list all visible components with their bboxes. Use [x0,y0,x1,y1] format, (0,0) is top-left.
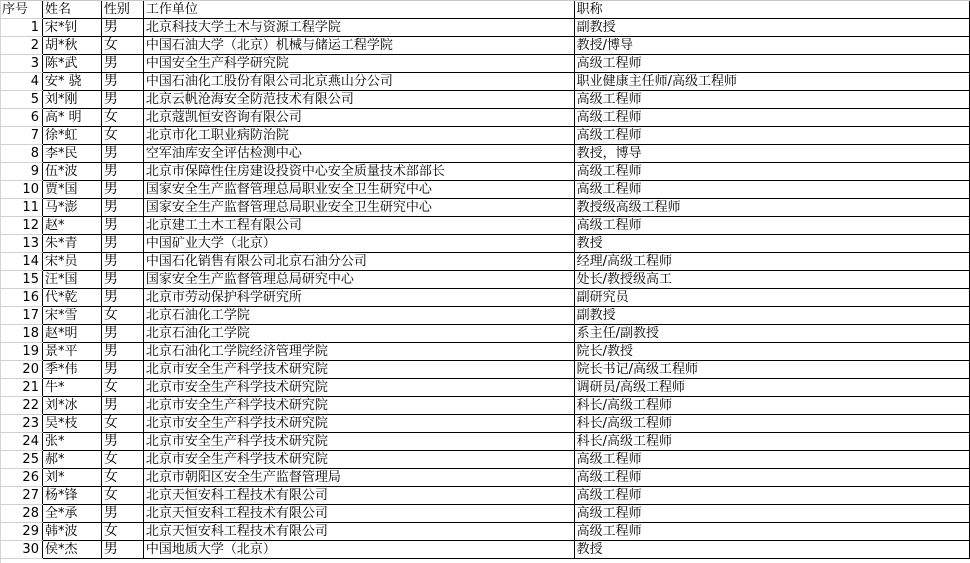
cell-org[interactable]: 中国矿业大学（北京） [143,235,574,253]
cell-title[interactable]: 高级工程师 [574,487,969,505]
cell-org[interactable]: 中国安全生产科学研究院 [143,55,574,73]
cell-name[interactable]: 季*伟 [42,361,101,379]
table-row: 4安* 骁男中国石油化工股份有限公司北京燕山分公司职业健康主任师/高级工程师 [0,73,970,91]
cell-name[interactable]: 全*承 [42,505,101,523]
cell-no[interactable]: 14 [0,253,42,271]
cell-org[interactable]: 北京市安全生产科学技术研究院 [143,415,574,433]
cell-org[interactable]: 北京建工土木工程有限公司 [143,217,574,235]
cell-sex[interactable]: 男 [101,181,143,199]
cell-name[interactable]: 宋*员 [42,253,101,271]
table-row: 28全*承男北京天恒安科工程技术有限公司高级工程师 [0,505,970,523]
cell-org[interactable]: 北京天恒安科工程技术有限公司 [143,487,574,505]
table-row: 23吴*枝女北京市安全生产科学技术研究院科长/高级工程师 [0,415,970,433]
cell-sex[interactable]: 男 [101,145,143,163]
cell-org[interactable]: 北京天恒安科工程技术有限公司 [143,523,574,541]
cell-title[interactable]: 高级工程师 [574,505,969,523]
cell-sex[interactable]: 女 [101,487,143,505]
table-row: 15汪*国男国家安全生产监督管理总局研究中心处长/教授级高工 [0,271,970,289]
table-row: 3陈*武男中国安全生产科学研究院高级工程师 [0,55,970,73]
cell-no[interactable]: 4 [0,73,42,91]
cell-sex[interactable]: 男 [101,19,143,37]
cell-sex[interactable]: 男 [101,397,143,415]
cell-no[interactable]: 16 [0,289,42,307]
cell-title[interactable]: 科长/高级工程师 [574,415,969,433]
cell-sex[interactable]: 男 [101,289,143,307]
table-row: 7徐*虹女北京市化工职业病防治院高级工程师 [0,127,970,145]
cell-sex[interactable]: 女 [101,127,143,145]
cell-no[interactable]: 25 [0,451,42,469]
table-row: 11马*澎男国家安全生产监督管理总局职业安全卫生研究中心教授级高级工程师 [0,199,970,217]
cell-sex[interactable]: 女 [101,469,143,487]
cell-org[interactable]: 北京蔻凯恒安咨询有限公司 [143,109,574,127]
cell-org[interactable]: 空军油库安全评估检测中心 [143,145,574,163]
header-cell-name[interactable]: 姓名 [42,1,101,19]
cell-name[interactable]: 刘*刚 [42,91,101,109]
cell-title[interactable]: 高级工程师 [574,181,969,199]
table-row: 6高* 明女北京蔻凯恒安咨询有限公司高级工程师 [0,109,970,127]
cell-sex[interactable]: 男 [101,325,143,343]
cell-sex[interactable]: 男 [101,505,143,523]
cell-name[interactable]: 汪*国 [42,271,101,289]
cell-no[interactable]: 21 [0,379,42,397]
cell-org[interactable]: 北京市安全生产科学技术研究院 [143,361,574,379]
cell-name[interactable]: 赵*明 [42,325,101,343]
cell-org[interactable]: 北京市劳动保护科学研究所 [143,289,574,307]
cell-name[interactable]: 宋*钊 [42,19,101,37]
cell-no[interactable]: 6 [0,109,42,127]
cell-org[interactable]: 北京市朝阳区安全生产监督管理局 [143,469,574,487]
cell-org[interactable]: 国家安全生产监督管理总局研究中心 [143,271,574,289]
cell-title[interactable]: 处长/教授级高工 [574,271,969,289]
table-row: 14宋*员男中国石化销售有限公司北京石油分公司经理/高级工程师 [0,253,970,271]
cell-org[interactable]: 北京石油化工学院 [143,325,574,343]
cell-name[interactable]: 牛* [42,379,101,397]
cell-title[interactable]: 院长/教授 [574,343,969,361]
cell-title[interactable]: 副教授 [574,19,969,37]
cell-sex[interactable]: 男 [101,433,143,451]
cell-name[interactable]: 贾*国 [42,181,101,199]
cell-sex[interactable]: 女 [101,307,143,325]
cell-title[interactable]: 副研究员 [574,289,969,307]
cell-org[interactable]: 北京石油化工学院经济管理学院 [143,343,574,361]
cell-title[interactable]: 教授级高级工程师 [574,199,969,217]
cell-no[interactable]: 30 [0,541,42,559]
cell-no[interactable]: 26 [0,469,42,487]
cell-sex[interactable]: 女 [101,523,143,541]
cell-title[interactable]: 职业健康主任师/高级工程师 [574,73,969,91]
table-row: 27杨*锋女北京天恒安科工程技术有限公司高级工程师 [0,487,970,505]
cell-no[interactable]: 28 [0,505,42,523]
cell-name[interactable]: 徐*虹 [42,127,101,145]
cell-no[interactable]: 18 [0,325,42,343]
table-row: 20季*伟男北京市安全生产科学技术研究院院长书记/高级工程师 [0,361,970,379]
cell-title[interactable]: 院长书记/高级工程师 [574,361,969,379]
header-cell-org[interactable]: 工作单位 [143,1,574,19]
cell-title[interactable]: 调研员/高级工程师 [574,379,969,397]
cell-title[interactable]: 教授/博导 [574,37,969,55]
table-row: 13朱*青男中国矿业大学（北京）教授 [0,235,970,253]
cell-name[interactable]: 朱*青 [42,235,101,253]
cell-title[interactable]: 经理/高级工程师 [574,253,969,271]
cell-title[interactable]: 科长/高级工程师 [574,433,969,451]
cell-title[interactable]: 高级工程师 [574,91,969,109]
cell-name[interactable]: 代*乾 [42,289,101,307]
cell-org[interactable]: 北京科技大学土木与资源工程学院 [143,19,574,37]
cell-title[interactable]: 高级工程师 [574,469,969,487]
table-row: 29韩*波女北京天恒安科工程技术有限公司高级工程师 [0,523,970,541]
cell-org[interactable]: 北京市安全生产科学技术研究院 [143,433,574,451]
cell-no[interactable]: 8 [0,145,42,163]
table-row: 5刘*刚男北京云帆沧海安全防范技术有限公司高级工程师 [0,91,970,109]
header-cell-sex[interactable]: 性别 [101,1,143,19]
cell-name[interactable]: 安* 骁 [42,73,101,91]
cell-org[interactable]: 北京天恒安科工程技术有限公司 [143,505,574,523]
cell-title[interactable]: 高级工程师 [574,55,969,73]
cell-no[interactable]: 3 [0,55,42,73]
cell-name[interactable]: 刘*冰 [42,397,101,415]
cell-title[interactable]: 教授 [574,541,969,559]
cell-no[interactable]: 1 [0,19,42,37]
cell-org[interactable]: 北京市安全生产科学技术研究院 [143,379,574,397]
cell-title[interactable]: 高级工程师 [574,127,969,145]
cell-no[interactable]: 29 [0,523,42,541]
cell-name[interactable]: 杨*锋 [42,487,101,505]
cell-sex[interactable]: 女 [101,109,143,127]
cell-no[interactable]: 15 [0,271,42,289]
cell-title[interactable]: 高级工程师 [574,451,969,469]
cell-no[interactable]: 22 [0,397,42,415]
table-row: 10贾*国男国家安全生产监督管理总局职业安全卫生研究中心高级工程师 [0,181,970,199]
table-row: 8李*民男空军油库安全评估检测中心教授，博导 [0,145,970,163]
cell-org[interactable]: 北京云帆沧海安全防范技术有限公司 [143,91,574,109]
cell-title[interactable]: 科长/高级工程师 [574,397,969,415]
cell-title[interactable]: 高级工程师 [574,523,969,541]
experts-table: 序号 姓名 性别 工作单位 职称 1宋*钊男北京科技大学土木与资源工程学院副教授… [0,1,970,559]
cell-sex[interactable]: 女 [101,415,143,433]
cell-no[interactable]: 11 [0,199,42,217]
table-row: 16代*乾男北京市劳动保护科学研究所副研究员 [0,289,970,307]
cell-title[interactable]: 高级工程师 [574,217,969,235]
cell-title[interactable]: 副教授 [574,307,969,325]
cell-org[interactable]: 中国石油大学（北京）机械与储运工程学院 [143,37,574,55]
cell-org[interactable]: 北京石油化工学院 [143,307,574,325]
table-row: 30侯*杰男中国地质大学（北京）教授 [0,541,970,559]
cell-no[interactable]: 9 [0,163,42,181]
cell-no[interactable]: 20 [0,361,42,379]
cell-no[interactable]: 19 [0,343,42,361]
cell-org[interactable]: 中国地质大学（北京） [143,541,574,559]
cell-sex[interactable]: 男 [101,343,143,361]
cell-no[interactable]: 10 [0,181,42,199]
cell-title[interactable]: 高级工程师 [574,163,969,181]
table-row: 21牛*女北京市安全生产科学技术研究院调研员/高级工程师 [0,379,970,397]
cell-name[interactable]: 韩*波 [42,523,101,541]
cell-no[interactable]: 24 [0,433,42,451]
cell-sex[interactable]: 女 [101,37,143,55]
cell-org[interactable]: 国家安全生产监督管理总局职业安全卫生研究中心 [143,181,574,199]
cell-sex[interactable]: 男 [101,217,143,235]
cell-sex[interactable]: 男 [101,73,143,91]
table-row: 12赵*男北京建工土木工程有限公司高级工程师 [0,217,970,235]
cell-sex[interactable]: 男 [101,541,143,559]
cell-no[interactable]: 7 [0,127,42,145]
table-row: 2胡*秋女中国石油大学（北京）机械与储运工程学院教授/博导 [0,37,970,55]
cell-sex[interactable]: 男 [101,235,143,253]
cell-org[interactable]: 北京市安全生产科学技术研究院 [143,397,574,415]
cell-org[interactable]: 中国石油化工股份有限公司北京燕山分公司 [143,73,574,91]
cell-name[interactable]: 赵* [42,217,101,235]
header-cell-no[interactable]: 序号 [0,1,42,19]
table-row: 19景*平男北京石油化工学院经济管理学院院长/教授 [0,343,970,361]
table-row: 1宋*钊男北京科技大学土木与资源工程学院副教授 [0,19,970,37]
cell-sex[interactable]: 男 [101,271,143,289]
cell-org[interactable]: 北京市保障性住房建设投资中心安全质量技术部部长 [143,163,574,181]
cell-sex[interactable]: 女 [101,451,143,469]
cell-sex[interactable]: 男 [101,199,143,217]
table-row: 22刘*冰男北京市安全生产科学技术研究院科长/高级工程师 [0,397,970,415]
cell-name[interactable]: 胡*秋 [42,37,101,55]
cell-sex[interactable]: 男 [101,361,143,379]
table-row: 9伍*波男北京市保障性住房建设投资中心安全质量技术部部长高级工程师 [0,163,970,181]
cell-sex[interactable]: 男 [101,253,143,271]
table-row: 24张*男北京市安全生产科学技术研究院科长/高级工程师 [0,433,970,451]
cell-title[interactable]: 教授 [574,235,969,253]
cell-name[interactable]: 陈*武 [42,55,101,73]
cell-no[interactable]: 2 [0,37,42,55]
cell-name[interactable]: 伍*波 [42,163,101,181]
table-row: 26刘*女北京市朝阳区安全生产监督管理局高级工程师 [0,469,970,487]
table-row: 18赵*明男北京石油化工学院系主任/副教授 [0,325,970,343]
cell-title[interactable]: 系主任/副教授 [574,325,969,343]
cell-org[interactable]: 国家安全生产监督管理总局职业安全卫生研究中心 [143,199,574,217]
cell-sex[interactable]: 男 [101,91,143,109]
header-cell-title[interactable]: 职称 [574,1,969,19]
cell-title[interactable]: 高级工程师 [574,109,969,127]
cell-no[interactable]: 27 [0,487,42,505]
cell-name[interactable]: 侯*杰 [42,541,101,559]
cell-org[interactable]: 北京市安全生产科学技术研究院 [143,451,574,469]
cell-no[interactable]: 12 [0,217,42,235]
cell-name[interactable]: 张* [42,433,101,451]
cell-no[interactable]: 23 [0,415,42,433]
cell-name[interactable]: 高* 明 [42,109,101,127]
cell-name[interactable]: 宋*雪 [42,307,101,325]
cell-sex[interactable]: 男 [101,163,143,181]
cell-name[interactable]: 吴*枝 [42,415,101,433]
cell-name[interactable]: 马*澎 [42,199,101,217]
cell-title[interactable]: 教授，博导 [574,145,969,163]
cell-name[interactable]: 郝* [42,451,101,469]
table-row: 25郝*女北京市安全生产科学技术研究院高级工程师 [0,451,970,469]
cell-org[interactable]: 中国石化销售有限公司北京石油分公司 [143,253,574,271]
cell-no[interactable]: 17 [0,307,42,325]
cell-no[interactable]: 13 [0,235,42,253]
cell-no[interactable]: 5 [0,91,42,109]
cell-sex[interactable]: 男 [101,55,143,73]
cell-name[interactable]: 李*民 [42,145,101,163]
header-row: 序号 姓名 性别 工作单位 职称 [0,1,970,19]
cell-org[interactable]: 北京市化工职业病防治院 [143,127,574,145]
spreadsheet-grid: 序号 姓名 性别 工作单位 职称 1宋*钊男北京科技大学土木与资源工程学院副教授… [0,0,970,563]
table-row: 17宋*雪女北京石油化工学院副教授 [0,307,970,325]
cell-name[interactable]: 景*平 [42,343,101,361]
cell-sex[interactable]: 女 [101,379,143,397]
cell-name[interactable]: 刘* [42,469,101,487]
